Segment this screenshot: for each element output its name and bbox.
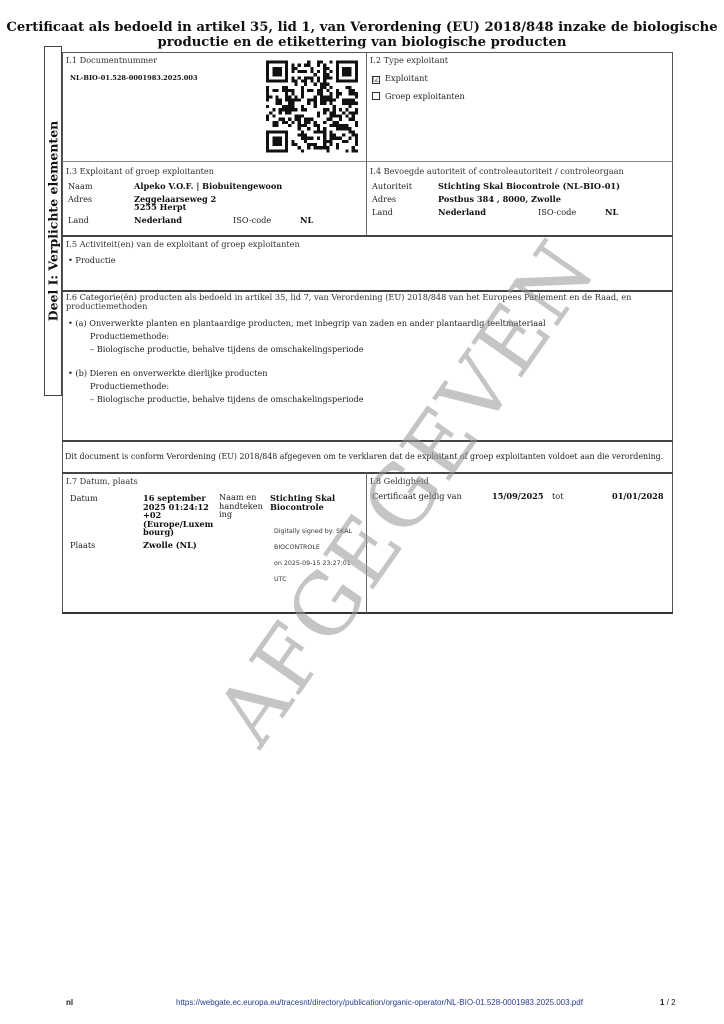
row-divider (62, 235, 673, 237)
valid-from: 15/09/2025 (492, 492, 544, 501)
operator-iso-label: ISO-code (233, 215, 271, 225)
option-label: Groep exploitanten (385, 91, 465, 101)
operator-address-label: Adres (68, 194, 92, 204)
row-divider (62, 612, 673, 614)
section-1-4-heading: I.4 Bevoegde autoriteit of controleautor… (370, 166, 624, 176)
part-label-box: Deel I: Verplichte elementen (44, 46, 62, 396)
signature-line: on 2025-09-15 23:27:01 (274, 556, 352, 572)
signer-line: Biocontrole (270, 503, 335, 512)
authority-name: Stichting Skal Biocontrole (NL-BIO-01) (438, 182, 620, 191)
section-1-8-heading: I.8 Geldigheid (370, 476, 429, 486)
authority-country-label: Land (372, 207, 393, 217)
activity-item: • Productie (68, 255, 116, 265)
operator-name: Alpeko V.O.F. | Biobuitengewoon (134, 182, 282, 191)
row-divider (62, 472, 673, 474)
operator-address-line2: 5255 Herpt (134, 203, 186, 212)
authority-address: Postbus 384 , 8000, Zwolle (438, 195, 561, 204)
signature-label: Naam en handteken ing (219, 493, 263, 519)
section-1-3-heading: I.3 Exploitant of groep exploitanten (66, 166, 214, 176)
category-a-method-label: Productiemethode: (90, 331, 169, 341)
category-a-method: – Biologische productie, behalve tijdens… (90, 344, 364, 354)
document-title: Certificaat als bedoeld in artikel 35, l… (0, 20, 724, 50)
checkbox-checked-icon[interactable]: ☑ (372, 76, 380, 84)
place-value: Zwolle (NL) (143, 541, 197, 550)
valid-to: 01/01/2028 (612, 492, 664, 501)
authority-label: Autoriteit (372, 181, 412, 191)
date-line: bourg) (143, 528, 213, 537)
page-total: / 2 (664, 998, 675, 1007)
page-indicator: 1 / 2 (660, 998, 676, 1007)
authority-iso: NL (605, 208, 618, 217)
place-label: Plaats (70, 540, 95, 550)
row-divider (62, 161, 673, 162)
section-1-2-heading: I.2 Type exploitant (370, 55, 448, 65)
section-1-7-heading: I.7 Datum, plaats (66, 476, 138, 486)
authority-address-label: Adres (372, 194, 396, 204)
option-label: Exploitant (385, 73, 428, 83)
signature-label-line: ing (219, 510, 263, 519)
part-label: Deel I: Verplichte elementen (46, 121, 61, 322)
row-divider (62, 440, 673, 442)
type-option-exploitant[interactable]: ☑Exploitant (372, 73, 428, 84)
signature-line: BIOCONTROLE (274, 540, 352, 556)
digital-signature[interactable]: Digitally signed by: SKAL BIOCONTROLE on… (274, 524, 352, 588)
authority-iso-label: ISO-code (538, 207, 576, 217)
footer-language: nl (66, 998, 73, 1007)
category-b-method: – Biologische productie, behalve tijdens… (90, 394, 364, 404)
section-1-1-heading: I.1 Documentnummer (66, 55, 157, 65)
category-b: • (b) Dieren en onverwerkte dierlijke pr… (68, 368, 268, 378)
column-divider (366, 52, 367, 235)
section-1-6-heading: I.6 Categorie(ën) producten als bedoeld … (66, 293, 631, 311)
document-number: NL-BIO-01.528-0001983.2025.003 (70, 74, 198, 83)
title-line-1: Certificaat als bedoeld in artikel 35, l… (0, 20, 724, 35)
signature-line: Digitally signed by: SKAL (274, 524, 352, 540)
operator-country-label: Land (68, 215, 89, 225)
operator-name-label: Naam (68, 181, 93, 191)
signer-name: Stichting Skal Biocontrole (270, 494, 335, 511)
type-option-groep[interactable]: Groep exploitanten (372, 91, 465, 101)
category-b-method-label: Productiemethode: (90, 381, 169, 391)
operator-iso: NL (300, 216, 313, 225)
operator-country: Nederland (134, 216, 182, 225)
valid-to-label: tot (552, 491, 564, 501)
checkbox-unchecked-icon[interactable] (372, 92, 380, 100)
category-a: • (a) Onverwerkte planten en plantaardig… (68, 318, 546, 328)
column-divider (366, 472, 367, 613)
signature-line: UTC (274, 572, 352, 588)
section-1-6-heading-line2: productiemethoden (66, 302, 631, 311)
footer-url-link[interactable]: https://webgate.ec.europa.eu/tracesnt/di… (176, 998, 583, 1007)
section-1-6-heading-line1: I.6 Categorie(ën) producten als bedoeld … (66, 293, 631, 302)
section-1-5-heading: I.5 Activiteit(en) van de exploitant of … (66, 239, 300, 249)
authority-country: Nederland (438, 208, 486, 217)
date-value: 16 september 2025 01:24:12 +02 (Europe/L… (143, 494, 213, 537)
conformity-statement: Dit document is conform Verordening (EU)… (65, 452, 663, 462)
title-line-2: productie en de etikettering van biologi… (0, 35, 724, 50)
valid-from-label: Certificaat geldig van (372, 491, 462, 501)
date-label: Datum (70, 493, 98, 503)
qr-code-icon (266, 60, 358, 153)
